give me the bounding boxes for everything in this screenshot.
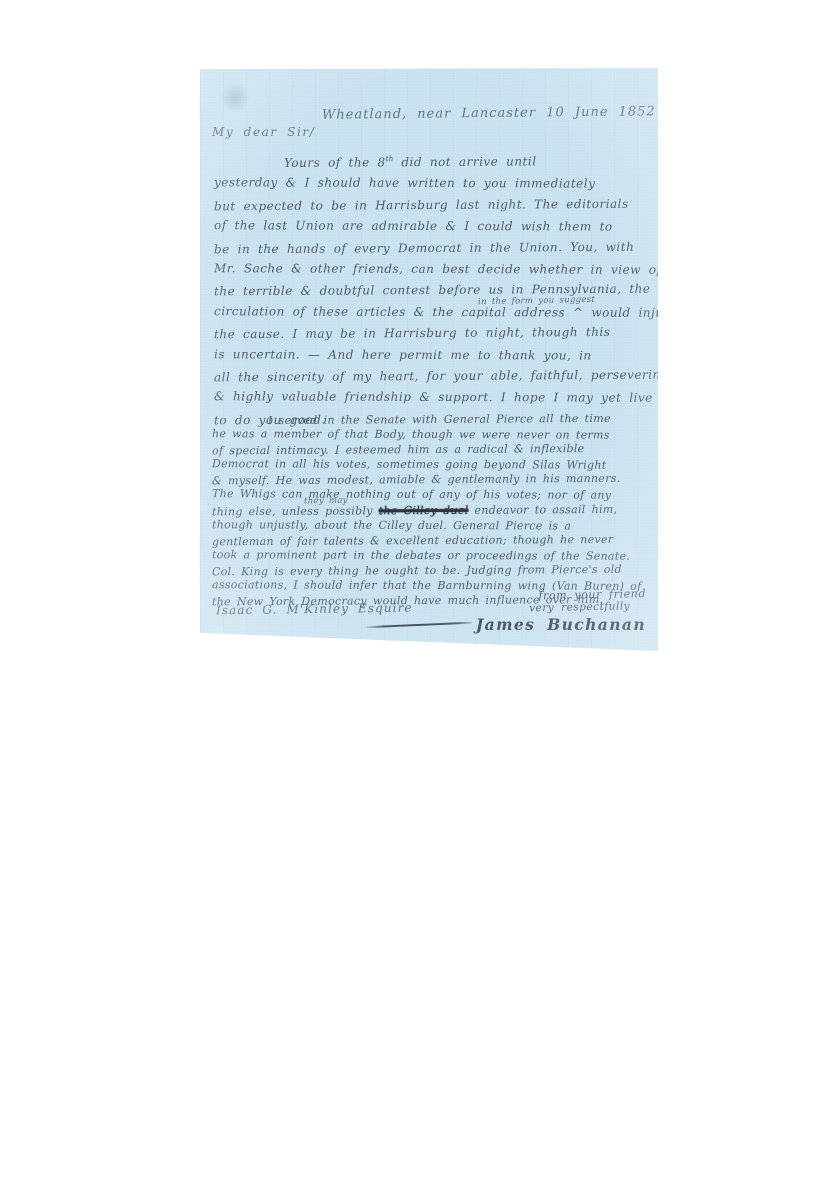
handwriting-line: & highly valuable friendship & support. … xyxy=(214,387,652,410)
handwriting-line: yesterday & I should have written to you… xyxy=(214,173,652,196)
handwriting-line: the cause. I may be in Harrisburg to nig… xyxy=(214,322,652,346)
handwriting-line: The Whigs can make nothing out of any of… xyxy=(212,487,654,504)
line-text: thing else, unless possibly xyxy=(212,504,379,518)
body-paragraph-2: I served in the Senate with General Pier… xyxy=(212,412,654,608)
body-paragraph-1: Yours of the 8th did not arrive until ye… xyxy=(214,148,652,430)
scanned-letter-image: Wheatland, near Lancaster 10 June 1852 M… xyxy=(0,0,819,1197)
handwriting-line: of the last Union are admirable & I coul… xyxy=(214,215,652,238)
handwriting-line: be in the hands of every Democrat in the… xyxy=(214,236,652,260)
paper-stain xyxy=(220,84,250,112)
salutation: My dear Sir/ xyxy=(212,125,315,139)
handwriting-line: Mr. Sache & other friends, can best deci… xyxy=(214,258,652,281)
handwriting-line: though unjustly, about the Cilley duel. … xyxy=(212,517,654,534)
line-text: did not arrive until xyxy=(393,154,536,169)
handwriting-line-with-strikeout: thing else, unless possibly the Cilley d… xyxy=(212,501,654,519)
handwriting-line: is uncertain. — And here permit me to th… xyxy=(214,344,652,367)
handwriting-line: all the sincerity of my heart, for your … xyxy=(214,365,652,389)
handwriting-line: but expected to be in Harrisburg last ni… xyxy=(214,193,652,217)
signature-flourish xyxy=(364,622,472,629)
line-text: endeavor to assail him, xyxy=(468,502,617,516)
addressee: Isaac G. M'Kinley Esquire xyxy=(216,601,413,618)
heading-dateline: Wheatland, near Lancaster 10 June 1852 xyxy=(322,104,656,122)
handwriting-line: Yours of the 8th did not arrive until xyxy=(214,147,652,175)
line-text: Yours of the 8 xyxy=(284,155,386,170)
struck-text: the Cilley duel xyxy=(379,503,469,517)
letter-paper: Wheatland, near Lancaster 10 June 1852 M… xyxy=(200,68,658,651)
signature: James Buchanan xyxy=(476,615,646,634)
signature-row: James Buchanan xyxy=(364,615,646,634)
